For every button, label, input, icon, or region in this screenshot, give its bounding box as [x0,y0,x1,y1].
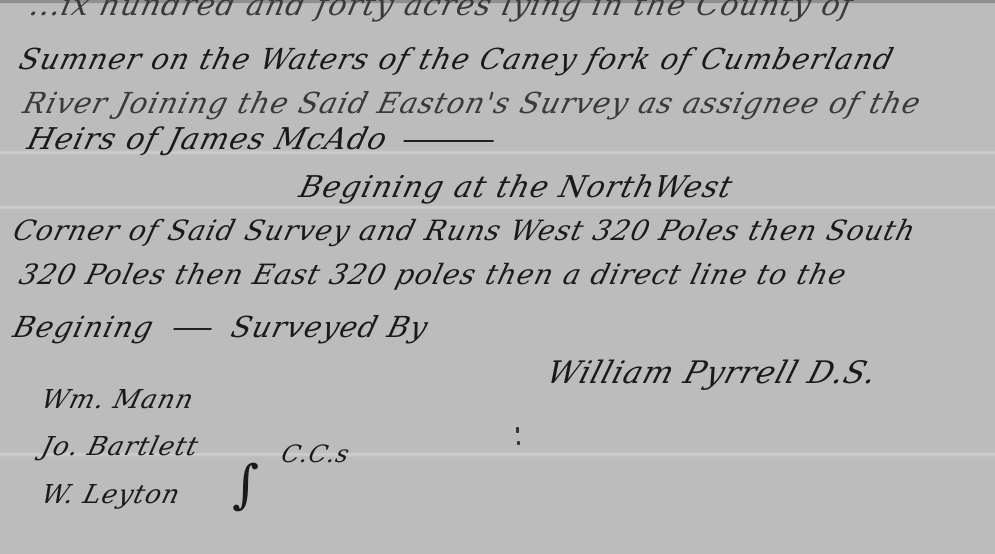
begining-text: Begining [10,310,158,344]
surveyor-signature: William Pyrrell D.S. [543,355,882,391]
document-line-4: Heirs of James McAdo [24,122,498,157]
document-line-2: Sumner on the Waters of the Caney fork o… [16,42,898,76]
document-line-5: Begining at the NorthWest [296,170,737,205]
heirs-of-text: Heirs of James McAdo [24,122,392,157]
ink-speck [517,441,520,445]
ink-speck [516,427,519,433]
document-line-8: Begining Surveyed By [10,310,432,344]
chain-carrier-3: W. Leyton [38,480,183,510]
chain-carrier-1: Wm. Mann [38,385,197,415]
brace-mark: ∫ [232,455,259,515]
chain-carrier-role: C.C.s [279,440,354,468]
document-line-3: River Joining the Said Easton's Survey a… [20,86,925,120]
scanned-document-page: ...ix hundred and forty acres lying in t… [0,0,995,554]
paper-rule [0,205,995,210]
document-line-7: 320 Poles then East 320 poles then a dir… [16,258,851,291]
separator-dash [173,328,211,330]
line-end-dash [403,140,493,142]
chain-carrier-2: Jo. Bartlett [38,432,202,462]
document-line-1: ...ix hundred and forty acres lying in t… [26,0,857,23]
document-line-6: Corner of Said Survey and Runs West 320 … [10,214,920,247]
surveyed-by-text: Surveyed By [228,310,432,344]
